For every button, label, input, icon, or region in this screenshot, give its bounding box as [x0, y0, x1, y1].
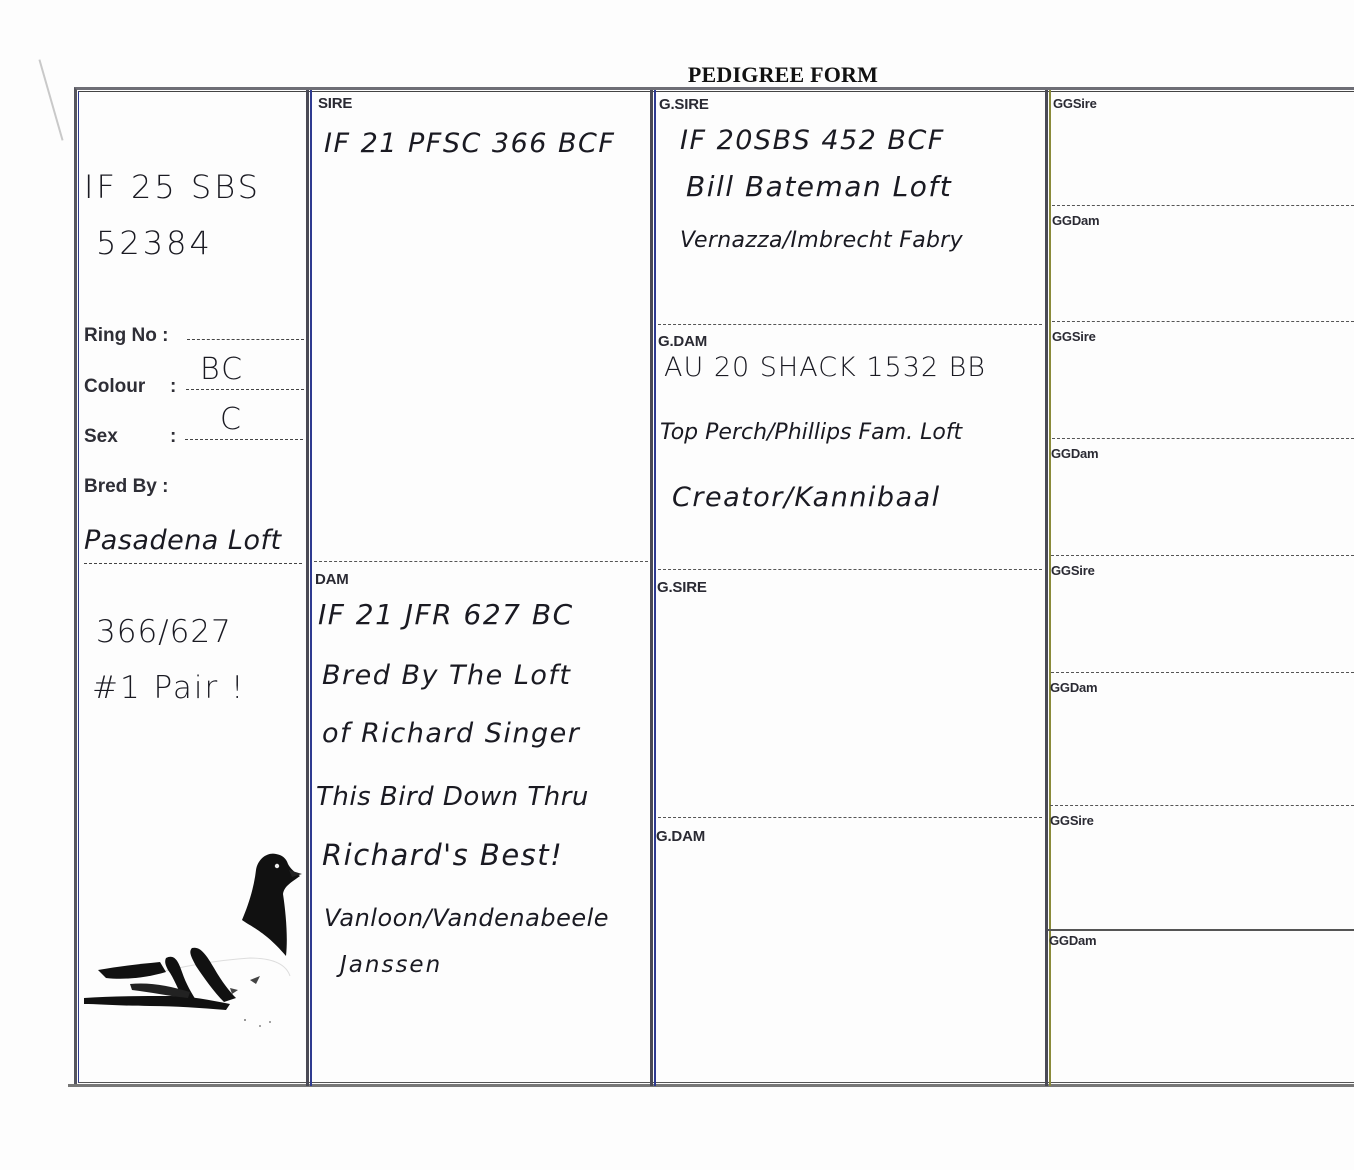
pigeon-illustration-icon	[80, 848, 305, 1048]
gdam-line: AU 20 SHACK 1532 BB	[664, 352, 986, 383]
divider-col3	[1045, 90, 1048, 1086]
gg-divider	[1052, 205, 1354, 206]
gg-divider-solid	[1048, 929, 1354, 931]
sex-label: Sex	[84, 426, 118, 448]
sex-colon: :	[170, 426, 176, 448]
dam-line: Vanloon/Vandenabeele	[324, 904, 609, 932]
gg-divider	[1052, 321, 1354, 322]
divider-col2	[650, 90, 653, 1086]
gdam-line: Creator/Kannibaal	[672, 482, 941, 513]
ggsire-label: GGSire	[1053, 96, 1097, 111]
ggdam-label: GGDam	[1050, 680, 1097, 695]
subject-notes-line1: 366/627	[96, 614, 232, 650]
sex-value: C	[220, 402, 242, 437]
ring-no-label: Ring No :	[84, 325, 168, 347]
gsire-line: Bill Bateman Loft	[686, 170, 952, 203]
sire-line: IF 21 PFSC 366 BCF	[324, 128, 615, 159]
subject-ring-line1: IF 25 SBS	[84, 168, 261, 206]
subject-ring-line2: 52384	[96, 224, 213, 262]
gdam-gsire-divider	[658, 569, 1042, 570]
colour-value: BC	[200, 352, 244, 387]
frame-bottom-shadow	[68, 1084, 1354, 1087]
gg-divider	[1051, 555, 1354, 556]
colour-colon: :	[170, 376, 176, 398]
gsire-label: G.SIRE	[657, 579, 707, 596]
colour-field[interactable]	[186, 389, 304, 390]
dam-line: This Bird Down Thru	[316, 782, 589, 812]
colour-label: Colour	[84, 376, 145, 398]
bred-by-label: Bred By :	[84, 476, 168, 498]
ggdam-label: GGDam	[1051, 446, 1098, 461]
gg-divider	[1052, 438, 1354, 439]
ring-no-field[interactable]	[187, 339, 304, 340]
gg-divider	[1051, 672, 1354, 673]
gg-divider	[1050, 805, 1354, 806]
dam-line: Janssen	[340, 952, 442, 978]
dam-line: Richard's Best!	[322, 838, 563, 872]
divider-col1-inner	[310, 90, 312, 1086]
form-title: PEDIGREE FORM	[0, 62, 1354, 88]
ggdam-label: GGDam	[1049, 933, 1096, 948]
bred-by-field[interactable]	[84, 563, 302, 564]
divider-col1	[306, 90, 309, 1086]
ggsire-label: GGSire	[1052, 329, 1096, 344]
dam-line: of Richard Singer	[322, 718, 580, 749]
gsire-gdam-divider	[658, 324, 1042, 325]
divider-col2-inner	[654, 90, 656, 1086]
dam-line: Bred By The Loft	[322, 660, 572, 691]
sire-label: SIRE	[318, 95, 352, 112]
subject-notes-line2: #1 Pair !	[92, 670, 246, 706]
sex-field[interactable]	[185, 439, 303, 440]
gdam-label: G.DAM	[658, 333, 707, 350]
ggsire-label: GGSire	[1051, 563, 1095, 578]
gsire-label: G.SIRE	[659, 96, 709, 113]
bred-by-value: Pasadena Loft	[84, 525, 282, 556]
gdam-label: G.DAM	[656, 828, 705, 845]
gsire-line: IF 20SBS 452 BCF	[680, 125, 945, 156]
gsire-gdam-divider-2	[658, 817, 1042, 818]
gsire-line: Vernazza/Imbrecht Fabry	[680, 228, 963, 253]
sire-dam-divider	[314, 561, 648, 562]
ggsire-label: GGSire	[1050, 813, 1094, 828]
ggdam-label: GGDam	[1052, 213, 1099, 228]
gdam-line: Top Perch/Phillips Fam. Loft	[660, 420, 962, 445]
dam-label: DAM	[315, 571, 349, 588]
dam-line: IF 21 JFR 627 BC	[318, 598, 574, 631]
